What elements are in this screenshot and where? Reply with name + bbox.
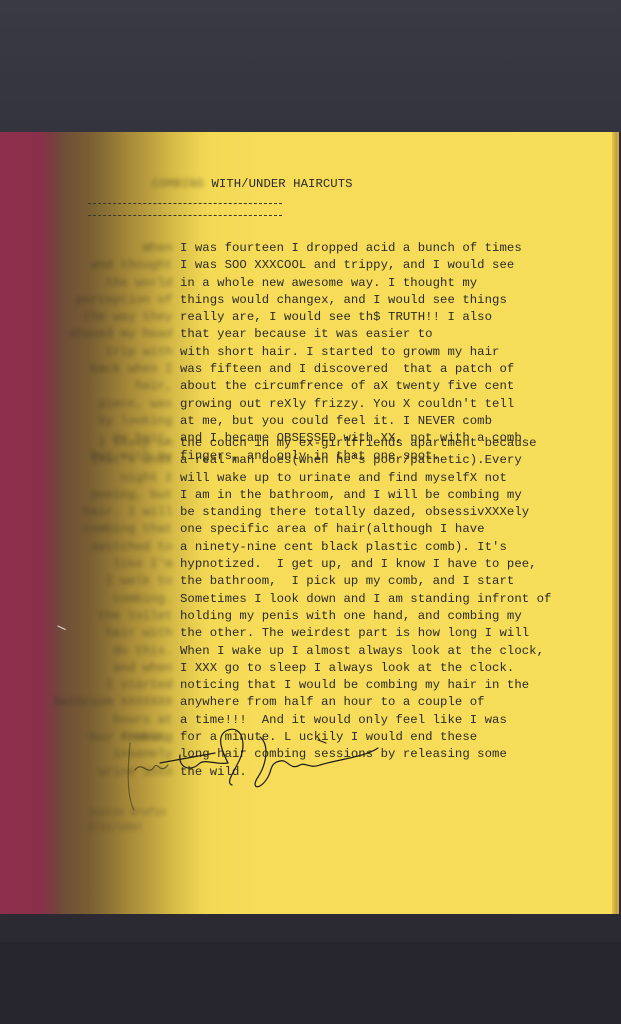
heading-blurred-prefix: COMBING [152, 177, 211, 191]
line-text: one specific area of hair(although I hav… [180, 522, 485, 536]
typed-line: piece, was growing out reXly frizzy. You… [98, 396, 521, 413]
typed-line: night I will wake up to urinate and find… [121, 470, 552, 487]
blurred-text: shaved my head [69, 327, 180, 341]
typed-line: and when I XXX go to sleep I always look… [113, 660, 551, 677]
blurred-text: piece, was [98, 397, 180, 411]
blurred-text: I walk to [106, 574, 180, 588]
typed-line: combing. Sometimes I look down and I am … [113, 591, 551, 608]
line-text: was fifteen and I discovered that a patc… [180, 362, 514, 376]
typed-line: the way they really are, I would see th$… [83, 309, 521, 326]
paragraph-1: When I was fourteen I dropped acid a bun… [100, 240, 522, 465]
blurred-text: I sleep on [98, 436, 180, 450]
page-edge [612, 132, 617, 914]
blurred-text: the toilet [98, 609, 180, 623]
typed-line: the toilet holding my penis with one han… [98, 608, 551, 625]
typed-line: back when I was fifteen and I discovered… [91, 361, 522, 378]
typed-line: I sleep on the couch in my ex-girlfriend… [98, 435, 551, 452]
blurred-text: and when [113, 661, 180, 675]
blurred-text: back when I [91, 362, 180, 376]
typed-line: bathroom XXXXXXX anywhere from half an h… [54, 694, 552, 711]
line-text: noticing that I would be combing my hair… [180, 678, 529, 692]
blurred-text: bathroom XXXXXXX [54, 695, 180, 709]
blurred-text: switched to [91, 540, 180, 554]
blurred-text: the way they [83, 310, 180, 324]
typed-line: combing that one specific area of hair(a… [83, 521, 551, 538]
typed-line: the world in a whole new awesome way. I … [106, 275, 522, 292]
blurred-text: I started [106, 678, 180, 692]
typed-line: do this. When I wake up I almost always … [113, 643, 551, 660]
blurred-text: and thought [91, 258, 180, 272]
line-text: the couch in my ex-girlfriends apartment… [180, 436, 537, 450]
blurred-text: combing that [83, 522, 180, 536]
heading-underline-2 [88, 215, 282, 216]
scan-background-bottom [0, 942, 621, 1024]
typed-line: When I was fourteen I dropped acid a bun… [143, 240, 522, 257]
line-text: I am in the bathroom, and I will be comb… [180, 488, 522, 502]
line-text: anywhere from half an hour to a couple o… [180, 695, 485, 709]
line-text: the other. The weirdest part is how long… [180, 626, 529, 640]
typed-line: hair. I will be standing there totally d… [83, 504, 551, 521]
line-text: growing out reXly frizzy. You X couldn't… [180, 397, 514, 411]
line-text: with short hair. I started to growm my h… [180, 345, 499, 359]
line-text: at me, but you could feel it. I NEVER co… [180, 414, 492, 428]
blurred-text: When [143, 241, 180, 255]
author-date: 8/11/2007 [88, 823, 142, 834]
blurred-text: the world [106, 276, 180, 290]
typed-line: peeing, but I am in the bathroom, and I … [91, 487, 552, 504]
line-text: When I wake up I almost always look at t… [180, 644, 544, 658]
document-heading: COMBING WITH/UNDER HAIRCUTS [152, 176, 353, 193]
line-text: will wake up to urinate and find myselfX… [180, 471, 507, 485]
line-text: I was SOO XXXCOOL and trippy, and I woul… [180, 258, 514, 272]
typed-line: switched to a ninety-nine cent black pla… [91, 539, 552, 556]
line-text: the bathroom, I pick up my comb, and I s… [180, 574, 514, 588]
typed-line: hair with the other. The weirdest part i… [106, 625, 552, 642]
line-text: I was fourteen I dropped acid a bunch of… [180, 241, 522, 255]
heading-title: WITH/UNDER HAIRCUTS [211, 177, 352, 191]
typed-line: by looking at me, but you could feel it.… [98, 413, 521, 430]
typed-line: like I'm hypnotized. I get up, and I kno… [113, 556, 551, 573]
blurred-text: hair. I will [83, 505, 180, 519]
blurred-text: like I'm [113, 557, 180, 571]
blurred-text: hair, [135, 379, 180, 393]
blurred-text: perception of [76, 293, 180, 307]
author-name: Justin Grafin [88, 808, 166, 819]
line-text: I XXX go to sleep I always look at the c… [180, 661, 514, 675]
line-text: be standing there totally dazed, obsessi… [180, 505, 529, 519]
blurred-text: combing. [113, 592, 180, 606]
typed-line: and thought I was SOO XXXCOOL and trippy… [91, 257, 522, 274]
typed-line: I walk to the bathroom, I pick up my com… [106, 573, 552, 590]
line-text: a real man does(when he's poor/pathetic)… [180, 453, 522, 467]
blurred-text: night I [121, 471, 180, 485]
typed-line: that's what a real man does(when he's po… [91, 452, 552, 469]
line-text: things would changex, and I would see th… [180, 293, 507, 307]
typed-line: shaved my head that year because it was … [69, 326, 522, 343]
blurred-text: that's what [91, 453, 180, 467]
line-text: Sometimes I look down and I am standing … [180, 592, 551, 606]
typed-line: hair, about the circumfrence of aX twent… [135, 378, 521, 395]
scan-background-top [0, 0, 621, 133]
line-text: a ninety-nine cent black plastic comb). … [180, 540, 507, 554]
blurred-text: by looking [98, 414, 180, 428]
typed-line: I started noticing that I would be combi… [106, 677, 552, 694]
blurred-text: hair with [106, 626, 180, 640]
line-text: about the circumfrence of aX twenty five… [180, 379, 514, 393]
typed-line: trip with with short hair. I started to … [106, 344, 522, 361]
heading-underline-1 [88, 203, 282, 204]
line-text: hypnotized. I get up, and I know I have … [180, 557, 537, 571]
blurred-text: trip with [106, 345, 180, 359]
line-text: really are, I would see th$ TRUTH!! I al… [180, 310, 492, 324]
blurred-text: do this. [113, 644, 180, 658]
typed-line: perception of things would changex, and … [76, 292, 522, 309]
line-text: that year because it was easier to [180, 327, 433, 341]
blurred-text: peeing, but [91, 488, 180, 502]
line-text: in a whole new awesome way. I thought my [180, 276, 477, 290]
line-text: holding my penis with one hand, and comb… [180, 609, 522, 623]
